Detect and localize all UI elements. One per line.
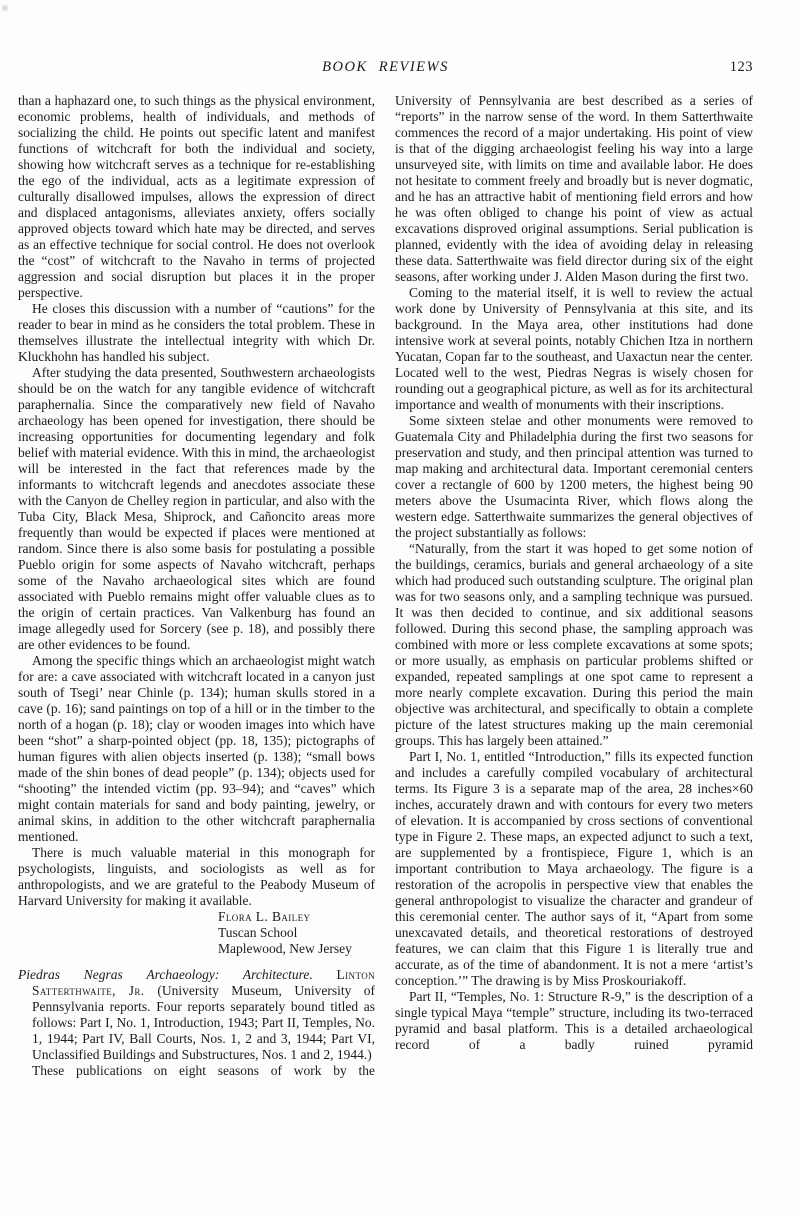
page-number: 123 <box>730 59 753 76</box>
paragraph-continues-next-page: These publications on eight seasons of w… <box>18 1063 375 1079</box>
right-column: University of Pennsylvania are best desc… <box>395 93 753 1079</box>
quoted-paragraph: “Naturally, from the start it was hoped … <box>395 541 753 749</box>
paragraph: There is much valuable material in this … <box>18 845 375 909</box>
book-title: Piedras Negras Archaeology: Architecture… <box>18 967 337 982</box>
scan-artifact <box>1 3 9 13</box>
reviewer-affiliation: Tuscan School <box>218 925 375 941</box>
paragraph-continued-from-previous-page: than a haphazard one, to such things as … <box>18 93 375 301</box>
page-header: BOOK REVIEWS 123 <box>18 59 753 79</box>
paragraph: Some sixteen stelae and other monuments … <box>395 413 753 541</box>
paragraph: After studying the data presented, South… <box>18 365 375 653</box>
paragraph: Among the specific things which an archa… <box>18 653 375 845</box>
journal-page: BOOK REVIEWS 123 than a haphazard one, t… <box>0 0 800 1215</box>
paragraph: Coming to the material itself, it is wel… <box>395 285 753 413</box>
review-signature-block: Flora L. Bailey Tuscan School Maplewood,… <box>218 909 375 957</box>
left-column: than a haphazard one, to such things as … <box>18 93 375 1079</box>
running-head-title: BOOK REVIEWS <box>18 59 753 76</box>
book-citation: Piedras Negras Archaeology: Architecture… <box>18 967 375 1063</box>
reviewer-name: Flora L. Bailey <box>218 909 375 925</box>
paragraph-continued-from-left-column: University of Pennsylvania are best desc… <box>395 93 753 285</box>
paragraph: He closes this discussion with a number … <box>18 301 375 365</box>
paragraph-continues-next-page: Part II, “Temples, No. 1: Structure R-9,… <box>395 989 753 1053</box>
paragraph: Part I, No. 1, entitled “Introduction,” … <box>395 749 753 989</box>
reviewer-location: Maplewood, New Jersey <box>218 941 375 957</box>
text-columns: than a haphazard one, to such things as … <box>18 93 753 1079</box>
